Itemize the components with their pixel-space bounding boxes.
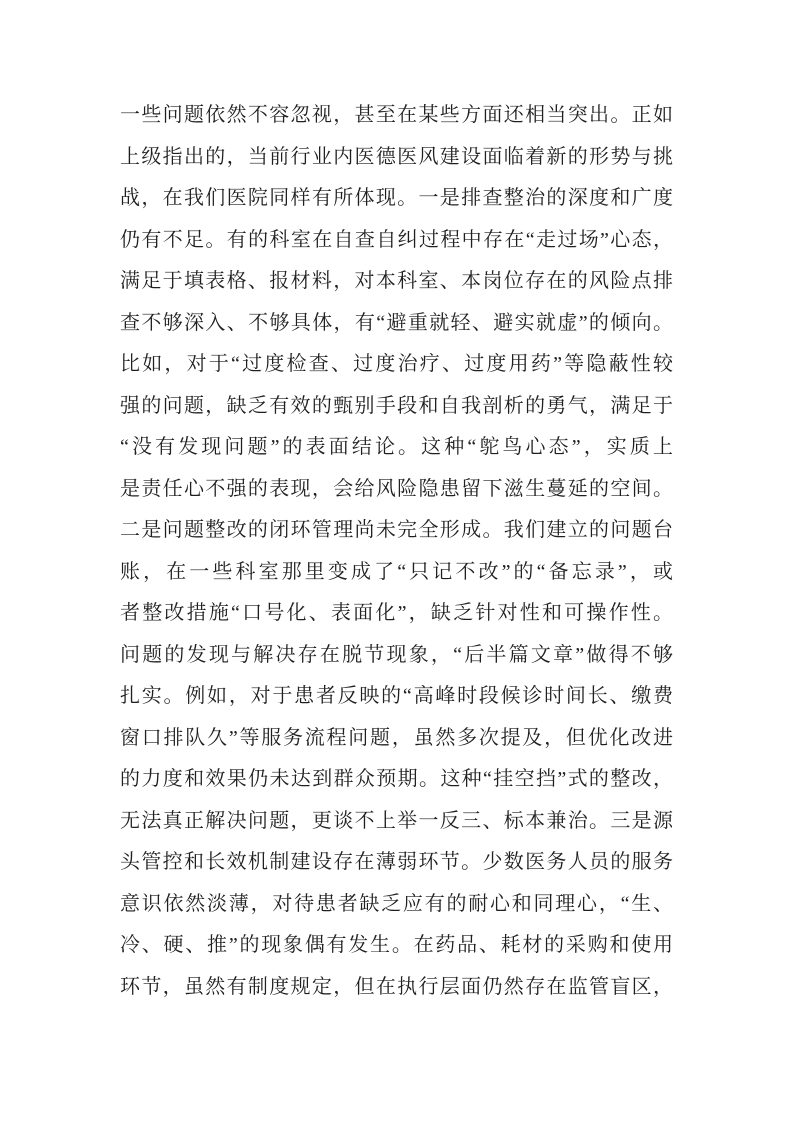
text-line: 问题的发现与解决存在脱节现象，“后半篇文章”做得不够: [120, 635, 673, 677]
text-line: 账，在一些科室那里变成了“只记不改”的“备忘录”，或: [120, 552, 673, 594]
text-line: “没有发现问题”的表面结论。这种“鸵鸟心态”，实质上: [120, 427, 673, 469]
text-line: 冷、硬、推”的现象偶有发生。在药品、耗材的采购和使用: [120, 925, 673, 967]
text-line: 满足于填表格、报材料，对本科室、本岗位存在的风险点排: [120, 261, 673, 303]
text-line: 者整改措施“口号化、表面化”，缺乏针对性和可操作性。: [120, 593, 673, 635]
text-line: 意识依然淡薄，对待患者缺乏应有的耐心和同理心，“生、: [120, 884, 673, 926]
text-line: 二是问题整改的闭环管理尚未完全形成。我们建立的问题台: [120, 510, 673, 552]
text-line: 仍有不足。有的科室在自查自纠过程中存在“走过场”心态，: [120, 220, 673, 262]
text-line: 战，在我们医院同样有所体现。一是排查整治的深度和广度: [120, 178, 673, 220]
text-line: 扎实。例如，对于患者反映的“高峰时段候诊时间长、缴费: [120, 676, 673, 718]
text-line: 窗口排队久”等服务流程问题，虽然多次提及，但优化改进: [120, 718, 673, 760]
text-line: 是责任心不强的表现，会给风险隐患留下滋生蔓延的空间。: [120, 469, 673, 511]
text-line: 查不够深入、不够具体，有“避重就轻、避实就虚”的倾向。: [120, 303, 673, 345]
text-line: 一些问题依然不容忽视，甚至在某些方面还相当突出。正如: [120, 95, 673, 137]
text-line: 上级指出的，当前行业内医德医风建设面临着新的形势与挑: [120, 137, 673, 179]
text-line: 头管控和长效机制建设存在薄弱环节。少数医务人员的服务: [120, 842, 673, 884]
text-line: 环节，虽然有制度规定，但在执行层面仍然存在监管盲区，: [120, 967, 673, 1009]
text-line: 强的问题，缺乏有效的甄别手段和自我剖析的勇气，满足于: [120, 386, 673, 428]
text-line: 的力度和效果仍未达到群众预期。这种“挂空挡”式的整改，: [120, 759, 673, 801]
text-line: 比如，对于“过度检查、过度治疗、过度用药”等隐蔽性较: [120, 344, 673, 386]
text-line: 无法真正解决问题，更谈不上举一反三、标本兼治。三是源: [120, 801, 673, 843]
paragraph-text-block: 一些问题依然不容忽视，甚至在某些方面还相当突出。正如 上级指出的，当前行业内医德…: [120, 95, 673, 1008]
document-page: 一些问题依然不容忽视，甚至在某些方面还相当突出。正如 上级指出的，当前行业内医德…: [0, 0, 793, 1122]
